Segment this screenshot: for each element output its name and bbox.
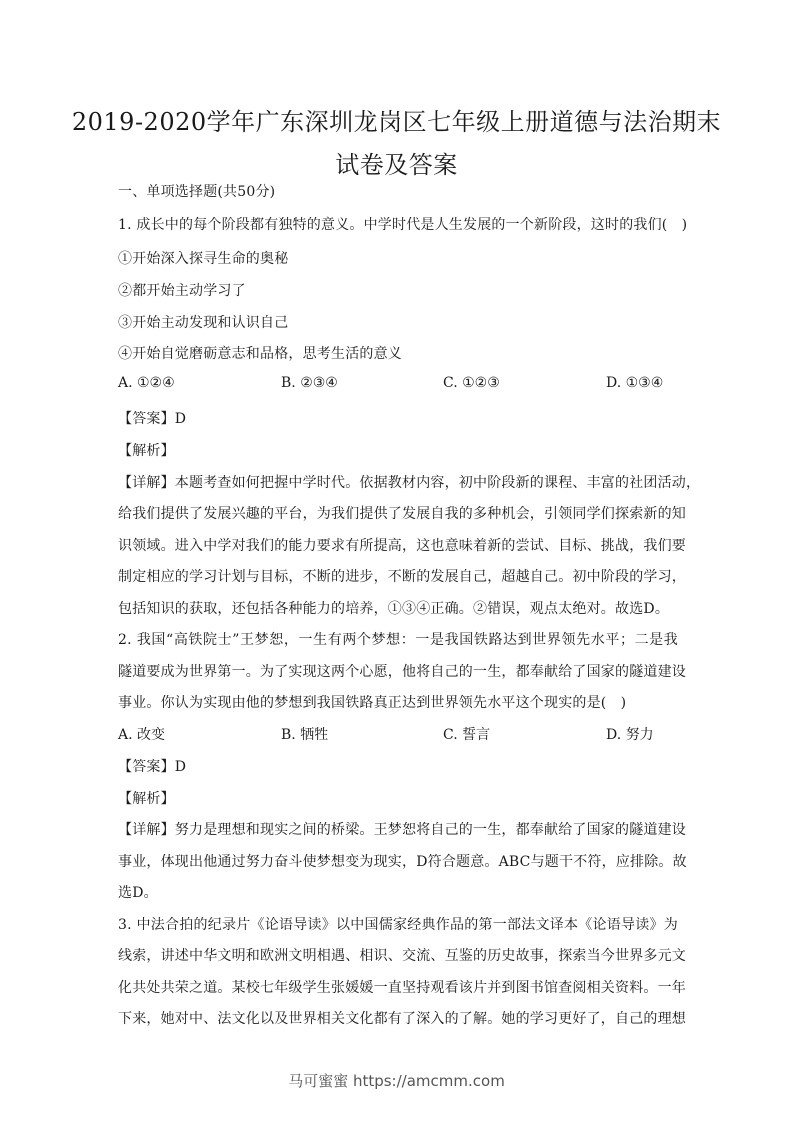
- question-1-option-a: A. ①②④: [118, 375, 175, 391]
- question-1-statement-2: ②都开始主动学习了: [118, 280, 678, 300]
- question-2-stem-line: 2. 我国“高铁院士”王梦恕，一生有两个梦想：一是我国铁路达到世界领先水平；二是…: [118, 629, 678, 649]
- question-3-stem-line: 化共处共荣之道。某校七年级学生张媛媛一直坚持观看该片并到图书馆查阅相关资料。一年: [118, 977, 678, 997]
- watermark-footer: 马可蜜蜜 https://amcmm.com: [0, 1070, 793, 1091]
- document-title-line1: 2019-2020学年广东深圳龙岗区七年级上册道德与法治期末: [0, 102, 793, 137]
- question-1-statement-4: ④开始自觉磨砺意志和品格，思考生活的意义: [118, 343, 678, 363]
- question-1-stem: 1. 成长中的每个阶段都有独特的意义。中学时代是人生发展的一个新阶段，这时的我们…: [118, 214, 678, 234]
- question-1-option-b: B. ②③④: [281, 375, 338, 391]
- question-1-option-d: D. ①③④: [606, 375, 663, 391]
- question-1-detail-line: 包括知识的获取，还包括各种能力的培养，①③④正确。②错误，观点太绝对。故选D。: [118, 598, 678, 618]
- question-2-analysis-label: 【解析】: [118, 788, 678, 808]
- question-1-answer: 【答案】D: [118, 408, 678, 428]
- question-2-option-d: D. 努力: [606, 724, 654, 744]
- question-3-stem-line: 3. 中法合拍的纪录片《论语导读》以中国儒家经典作品的第一部法文译本《论语导读》…: [118, 914, 678, 934]
- document-title-line2: 试卷及答案: [0, 145, 793, 180]
- question-1-detail-line: 【详解】本题考查如何把握中学时代。依据教材内容，初中阶段新的课程、丰富的社团活动…: [118, 472, 678, 492]
- question-2-option-c: C. 誓言: [443, 724, 490, 744]
- question-3-stem-line: 下来，她对中、法文化以及世界相关文化都有了深入的了解。她的学习更好了，自己的理想: [118, 1008, 678, 1028]
- question-3-stem-line: 线索，讲述中华文明和欧洲文明相遇、相识、交流、互鉴的历史故事，探索当今世界多元文: [118, 945, 678, 965]
- question-1-detail-line: 给我们提供了发展兴趣的平台，为我们提供了发展自我的多种机会，引领同学们探索新的知: [118, 503, 678, 523]
- question-2-stem-line: 事业。你认为实现由他的梦想到我国铁路真正达到世界领先水平这个现实的是( ): [118, 692, 678, 712]
- question-1-detail-line: 识领域。进入中学对我们的能力要求有所提高，这也意味着新的尝试、目标、挑战，我们要: [118, 535, 678, 555]
- question-2-stem-line: 隧道要成为世界第一。为了实现这两个心愿，他将自己的一生，都奉献给了国家的隧道建设: [118, 661, 678, 681]
- question-1-analysis-label: 【解析】: [118, 440, 678, 460]
- question-2-detail-line: 事业，体现出他通过努力奋斗使梦想变为现实，D符合题意。ABC与题干不符，应排除。…: [118, 851, 678, 871]
- question-2-detail-line: 【详解】努力是理想和现实之间的桥梁。王梦恕将自己的一生，都奉献给了国家的隧道建设: [118, 819, 678, 839]
- question-2-option-b: B. 牺牲: [281, 724, 328, 744]
- question-1-statement-3: ③开始主动发现和认识自己: [118, 312, 678, 332]
- section-header: 一、单项选择题(共50分): [118, 181, 678, 201]
- question-2-detail-line: 选D。: [118, 882, 678, 902]
- question-1-statement-1: ①开始深入探寻生命的奥秘: [118, 248, 678, 268]
- question-2-option-a: A. 改变: [118, 724, 165, 744]
- question-1-option-c: C. ①②③: [443, 375, 500, 391]
- question-1-detail-line: 制定相应的学习计划与目标，不断的进步，不断的发展自己，超越自己。初中阶段的学习，: [118, 566, 678, 586]
- question-2-answer: 【答案】D: [118, 756, 678, 776]
